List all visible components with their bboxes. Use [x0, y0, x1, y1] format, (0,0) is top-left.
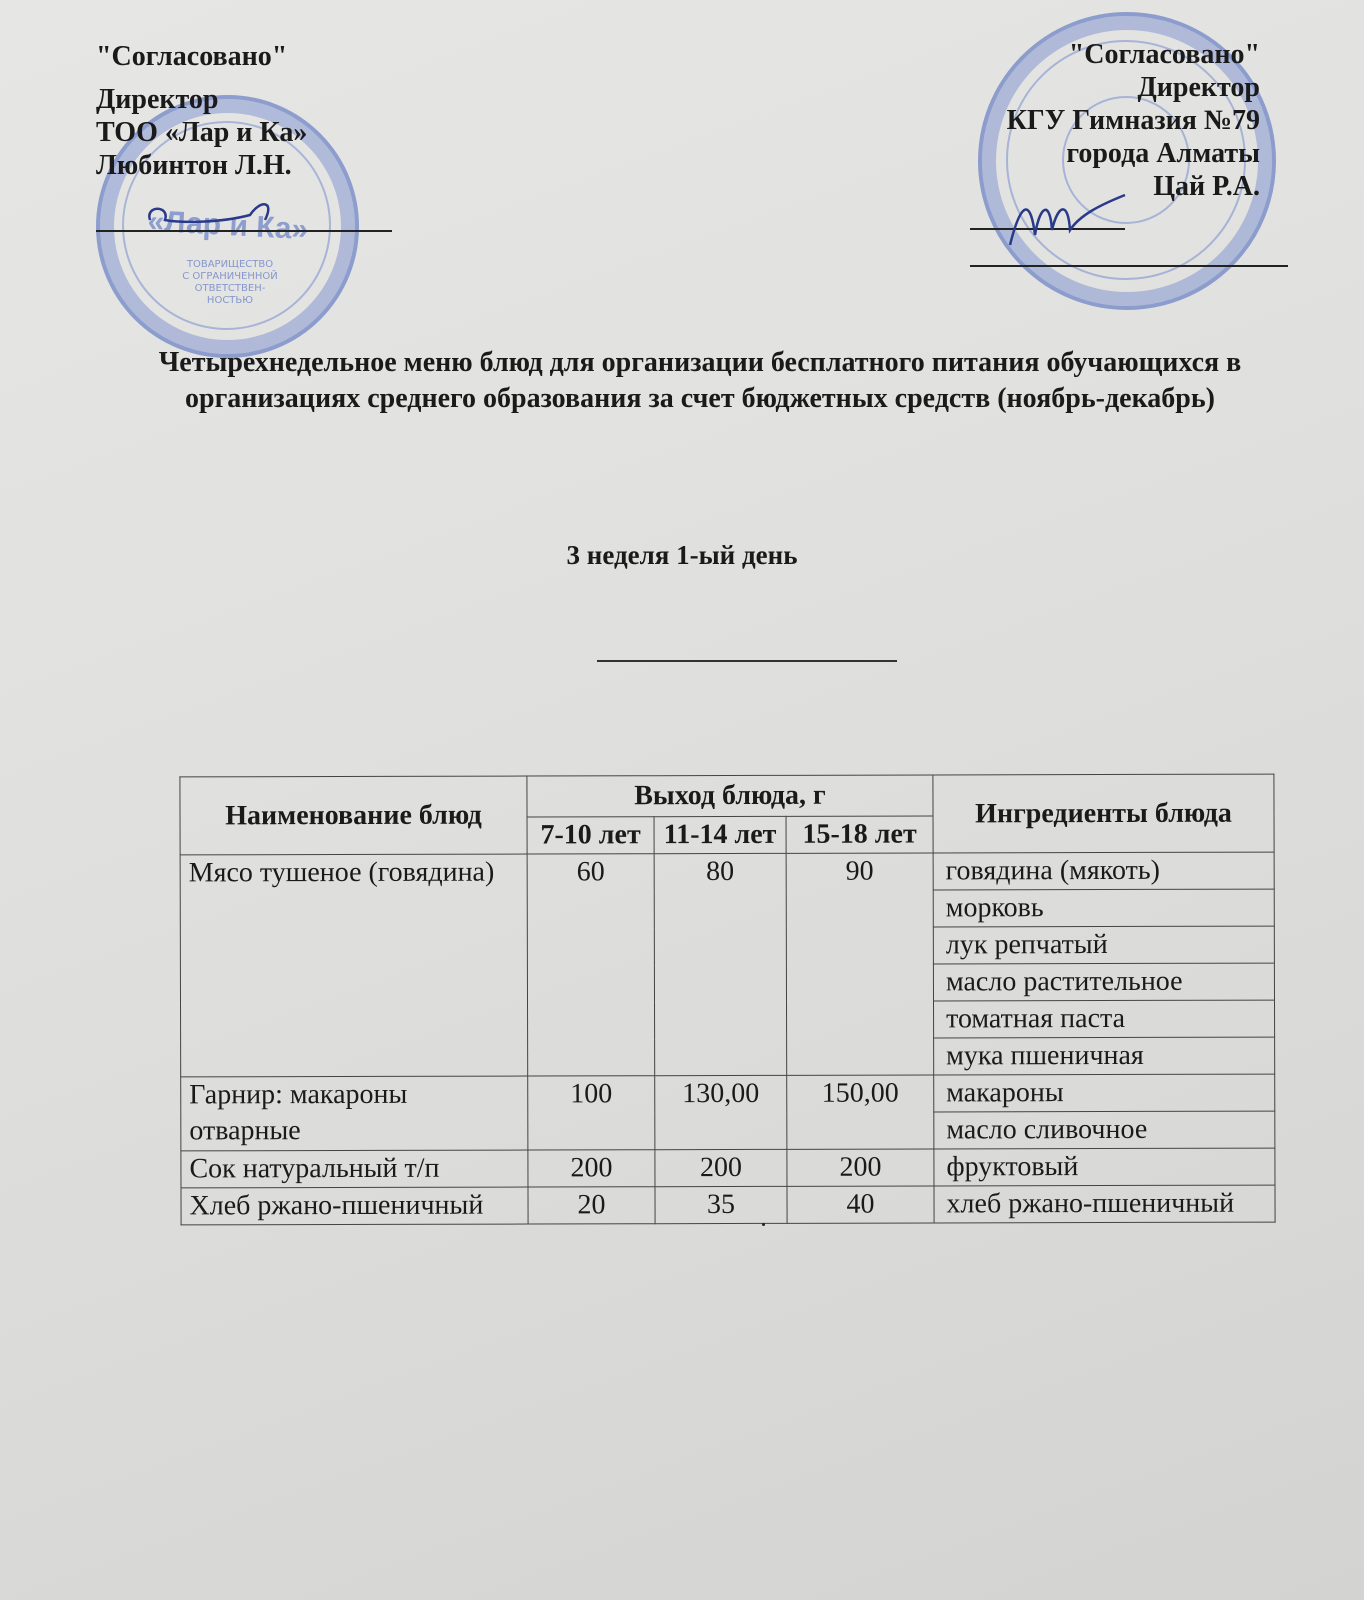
table-row: Гарнир: макароны отварные 100 130,00 150…: [181, 1074, 1275, 1114]
approval-right: "Согласовано" Директор КГУ Гимназия №79 …: [1007, 38, 1260, 203]
table-row: Мясо тушеное (говядина) 60 80 90 говядин…: [180, 852, 1274, 892]
ingredient: морковь: [933, 889, 1274, 927]
yield-15-18: 200: [787, 1149, 934, 1186]
table-row: Сок натуральный т/п 200 200 200 фруктовы…: [181, 1148, 1275, 1188]
signature-left: [140, 195, 280, 235]
signature-line-right-2: [970, 265, 1288, 267]
yield-11-14: 200: [655, 1149, 787, 1186]
approval-left-heading: "Согласовано": [96, 40, 307, 73]
yield-7-10: 200: [528, 1150, 655, 1187]
approval-right-organization: КГУ Гимназия №79: [1007, 104, 1260, 137]
approval-right-position: Директор: [1007, 71, 1260, 104]
table-header-row: Наименование блюд Выход блюда, г Ингреди…: [180, 774, 1274, 818]
yield-7-10: 100: [528, 1076, 655, 1150]
ingredient: масло растительное: [933, 963, 1274, 1001]
header-age-11-14: 11-14 лет: [654, 816, 786, 853]
approval-left-position: Директор: [96, 83, 307, 116]
approval-left-signatory: Любинтон Л.Н.: [96, 149, 307, 182]
stamp-small-text: ТОВАРИЩЕСТВО С ОГРАНИЧЕННОЙ ОТВЕТСТВЕН- …: [180, 259, 280, 307]
menu-table: Наименование блюд Выход блюда, г Ингреди…: [179, 774, 1275, 1226]
approval-left: "Согласовано" Директор ТОО «Лар и Ка» Лю…: [96, 40, 307, 182]
approval-left-organization: ТОО «Лар и Ка»: [96, 116, 307, 149]
ingredient: масло сливочное: [934, 1111, 1275, 1149]
ingredient: хлеб ржано-пшеничный: [934, 1185, 1275, 1223]
subtitle-underline: [597, 660, 897, 662]
yield-11-14: 35: [655, 1186, 787, 1223]
ingredient: говядина (мякоть): [933, 852, 1274, 890]
dish-name: Хлеб ржано-пшеничный: [181, 1187, 528, 1225]
header-yield-group: Выход блюда, г: [527, 775, 933, 817]
yield-7-10: 60: [527, 854, 655, 1076]
yield-15-18: 40: [787, 1186, 934, 1223]
document-title: Четырехнедельное меню блюд для организац…: [150, 345, 1250, 417]
ingredient: томатная паста: [934, 1000, 1275, 1038]
ingredient: лук репчатый: [933, 926, 1274, 964]
header-age-7-10: 7-10 лет: [527, 817, 654, 854]
stray-mark: [762, 1223, 765, 1226]
yield-11-14: 130,00: [655, 1075, 787, 1149]
approval-right-city: города Алматы: [1007, 137, 1260, 170]
signature-right: [1000, 185, 1130, 255]
header-ingredients: Ингредиенты блюда: [933, 774, 1274, 853]
approval-right-heading: "Согласовано": [1007, 38, 1260, 71]
ingredient: мука пшеничная: [934, 1037, 1275, 1075]
dish-name: Сок натуральный т/п: [181, 1150, 528, 1188]
yield-15-18: 150,00: [787, 1075, 934, 1149]
yield-15-18: 90: [786, 853, 934, 1075]
ingredient: макароны: [934, 1074, 1275, 1112]
document-subtitle: 3 неделя 1-ый день: [0, 540, 1364, 571]
dish-name: Мясо тушеное (говядина): [180, 854, 528, 1077]
header-age-15-18: 15-18 лет: [786, 816, 933, 853]
header-dish-name: Наименование блюд: [180, 776, 527, 855]
table-row: Хлеб ржано-пшеничный 20 35 40 хлеб ржано…: [181, 1185, 1275, 1225]
yield-7-10: 20: [528, 1187, 655, 1224]
ingredient: фруктовый: [934, 1148, 1275, 1186]
yield-11-14: 80: [654, 853, 787, 1075]
dish-name: Гарнир: макароны отварные: [181, 1076, 528, 1151]
